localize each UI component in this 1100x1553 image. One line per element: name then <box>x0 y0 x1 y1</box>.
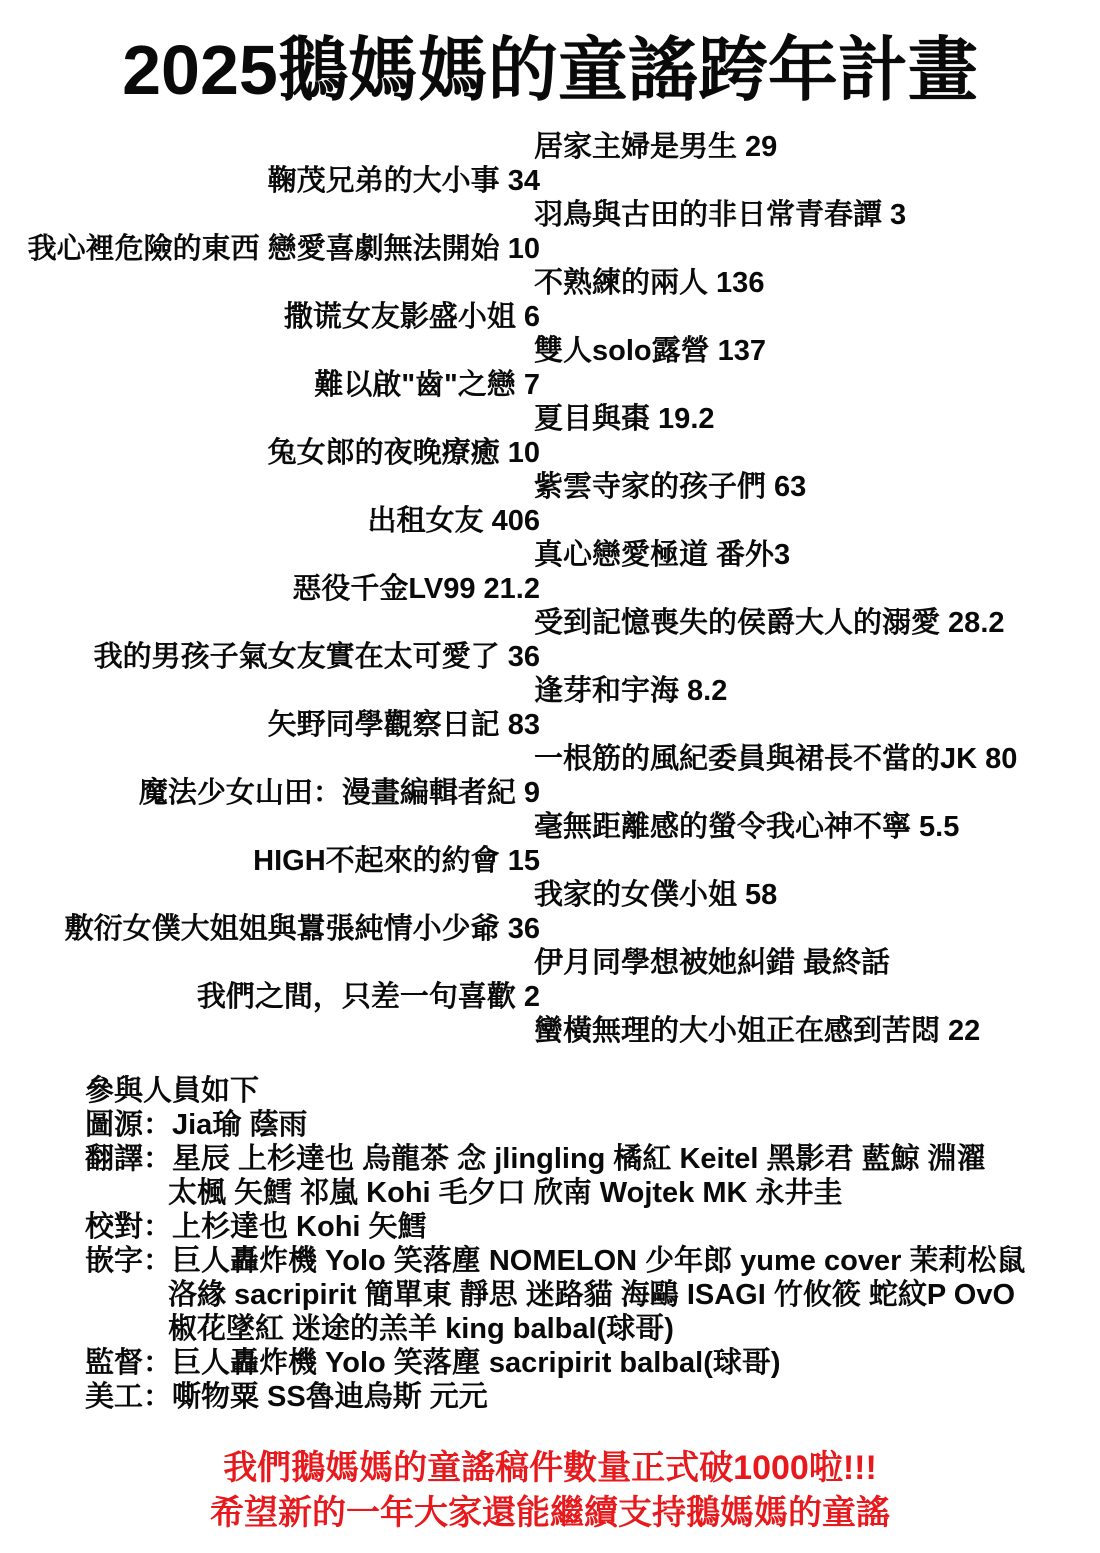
series-line: 紫雲寺家的孩子們 63 <box>534 470 1100 504</box>
credit-line: 圖源：Jia瑜 蔭雨 <box>85 1108 1100 1142</box>
series-line: 我心裡危險的東西 戀愛喜劇無法開始 10 <box>0 232 540 266</box>
credit-line: 翻譯：星辰 上杉達也 烏龍茶 念 jlingling 橘紅 Keitel 黑影君… <box>85 1142 1100 1176</box>
credit-line: 椒花墜紅 迷途的羔羊 king balbal(球哥) <box>168 1312 1100 1346</box>
announcement-line: 希望新的一年大家還能繼續支持鵝媽媽的童謠 <box>0 1491 1100 1536</box>
announcement-line: 我們鵝媽媽的童謠稿件數量正式破1000啦!!! <box>0 1446 1100 1491</box>
series-line: 矢野同學觀察日記 83 <box>0 708 540 742</box>
series-line: 難以啟"齒"之戀 7 <box>0 368 540 402</box>
credits-header: 參與人員如下 <box>85 1074 1100 1108</box>
credit-line: 監督：巨人轟炸機 Yolo 笑落塵 sacripirit balbal(球哥) <box>85 1346 1100 1380</box>
credit-line: 嵌字：巨人轟炸機 Yolo 笑落塵 NOMELON 少年郎 yume cover… <box>85 1244 1100 1278</box>
credit-line: 美工：嘶物粟 SS魯迪烏斯 元元 <box>85 1380 1100 1414</box>
series-line: 蠻橫無理的大小姐正在感到苦悶 22 <box>534 1014 1100 1048</box>
series-line: 鞠茂兄弟的大小事 34 <box>0 164 540 198</box>
series-line: 惡役千金LV99 21.2 <box>0 572 540 606</box>
series-line: 我們之間，只差一句喜歡 2 <box>0 980 540 1014</box>
series-line: 逢芽和宇海 8.2 <box>534 674 1100 708</box>
series-line: 毫無距離感的螢令我心神不寧 5.5 <box>534 810 1100 844</box>
series-line: 兔女郎的夜晚療癒 10 <box>0 436 540 470</box>
series-line: 伊月同學想被她糾錯 最終話 <box>534 946 1100 980</box>
series-line: 出租女友 406 <box>0 504 540 538</box>
series-line: 敷衍女僕大姐姐與囂張純情小少爺 36 <box>0 912 540 946</box>
credit-line: 太楓 矢鱈 祁嵐 Kohi 毛夕口 欣南 Wojtek MK 永井圭 <box>168 1176 1100 1210</box>
series-line: 夏目與棗 19.2 <box>534 402 1100 436</box>
series-line: 羽鳥與古田的非日常青春譚 3 <box>534 198 1100 232</box>
series-line: 居家主婦是男生 29 <box>534 130 1100 164</box>
series-line: 一根筋的風紀委員與裙長不當的JK 80 <box>534 742 1100 776</box>
series-line: 我的男孩子氣女友實在太可愛了 36 <box>0 640 540 674</box>
page-title: 2025鵝媽媽的童謠跨年計畫 <box>0 26 1100 114</box>
credit-line: 校對：上杉達也 Kohi 矢鱈 <box>85 1210 1100 1244</box>
credits-section: 參與人員如下 圖源：Jia瑜 蔭雨翻譯：星辰 上杉達也 烏龍茶 念 jlingl… <box>85 1074 1100 1414</box>
series-line: 魔法少女山田：漫畫編輯者紀 9 <box>0 776 540 810</box>
series-line: 雙人solo露營 137 <box>534 334 1100 368</box>
series-line: 真心戀愛極道 番外3 <box>534 538 1100 572</box>
credit-line: 洛緣 sacripirit 簡單東 靜思 迷路貓 海鷗 ISAGI 竹攸筱 蛇紋… <box>168 1278 1100 1312</box>
announcement: 我們鵝媽媽的童謠稿件數量正式破1000啦!!! 希望新的一年大家還能繼續支持鵝媽… <box>0 1446 1100 1536</box>
series-line: 不熟練的兩人 136 <box>534 266 1100 300</box>
series-list: 居家主婦是男生 29鞠茂兄弟的大小事 34羽鳥與古田的非日常青春譚 3我心裡危險… <box>0 130 1100 1048</box>
series-line: HIGH不起來的約會 15 <box>0 844 540 878</box>
series-line: 受到記憶喪失的侯爵大人的溺愛 28.2 <box>534 606 1100 640</box>
series-line: 撒谎女友影盛小姐 6 <box>0 300 540 334</box>
series-line: 我家的女僕小姐 58 <box>534 878 1100 912</box>
credits-lines: 圖源：Jia瑜 蔭雨翻譯：星辰 上杉達也 烏龍茶 念 jlingling 橘紅 … <box>85 1108 1100 1414</box>
